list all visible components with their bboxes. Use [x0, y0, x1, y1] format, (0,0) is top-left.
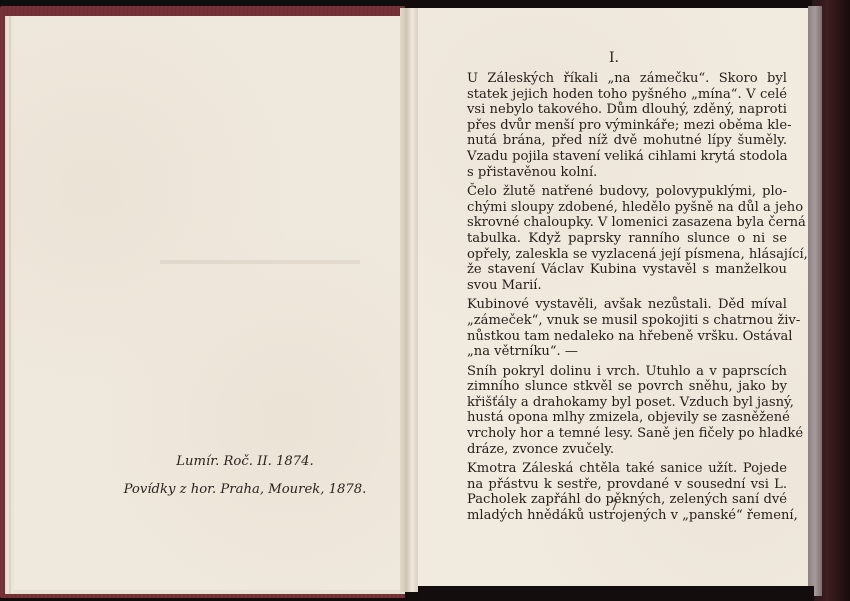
- bottom-shadow: [418, 586, 814, 601]
- text-line: skrovné chaloupky. V lomenici zasazena b…: [453, 215, 787, 231]
- text-line: chými sloupy zdobené, hledělo pyšně na d…: [453, 200, 787, 216]
- paragraph: Sníh pokryl dolinu i vrch. Utuhlo a v pa…: [453, 364, 787, 458]
- show-through-marks: [160, 260, 360, 264]
- text-line: opřely, zaleskla se vyzlacená její písme…: [453, 247, 787, 263]
- paragraph: U Záleských říkali „na zámečku“. Skoro b…: [453, 71, 787, 180]
- text-line: statek jejich hoden toho pyšného „mína“.…: [453, 87, 787, 103]
- text-line: Sníh pokryl dolinu i vrch. Utuhlo a v pa…: [453, 364, 787, 380]
- text-line: svou Marií.: [453, 278, 787, 294]
- text-line: přes dvůr menší pro výminkáře; mezi oběm…: [453, 118, 787, 134]
- text-line: vsi nebylo takového. Dům dlouhý, zděný, …: [453, 102, 787, 118]
- text-line: Kmotra Záleská chtěla také sanice užít. …: [453, 461, 787, 477]
- text-line: nutá brána, před níž dvě mohutné lípy šu…: [453, 133, 787, 149]
- credit-line: Lumír. Roč. II. 1874.: [100, 454, 390, 469]
- text-line: U Záleských říkali „na zámečku“. Skoro b…: [453, 71, 787, 87]
- page-number: 7: [418, 499, 810, 514]
- chapter-heading: I.: [418, 50, 810, 66]
- text-line: na přástvu k sestře, provdané v sousední…: [453, 477, 787, 493]
- text-line: tabulka. Když paprsky ranního slunce o n…: [453, 231, 787, 247]
- text-line: dráze, zvonce zvučely.: [453, 442, 787, 458]
- text-line: nůstkou tam nedaleko na hřebeně vršku. O…: [453, 329, 787, 345]
- text-line: zimního slunce stkvěl se povrch sněhu, j…: [453, 379, 787, 395]
- paragraph: Kubinové vystavěli, avšak nezůstali. Děd…: [453, 297, 787, 359]
- text-line: křišťály a drahokamy byl poset. Vzduch b…: [453, 395, 787, 411]
- text-line: s přistavěnou kolní.: [453, 165, 787, 181]
- publication-credits: Lumír. Roč. II. 1874. Povídky z hor. Pra…: [100, 454, 390, 510]
- paragraph: Čelo žlutě natřené budovy, polovypuklými…: [453, 184, 787, 293]
- text-line: hustá opona mlhy zmizela, objevily se za…: [453, 410, 787, 426]
- text-line: „na větrníku“. —: [453, 344, 787, 360]
- credit-line: Povídky z hor. Praha, Mourek, 1878.: [100, 482, 390, 497]
- text-line: „zámeček“, vnuk se musil spokojiti s cha…: [453, 313, 787, 329]
- paragraph: Kmotra Záleská chtěla také sanice užít. …: [453, 461, 787, 523]
- text-line: Vzadu pojila stavení veliká cihlami kryt…: [453, 149, 787, 165]
- body-text: U Záleských říkali „na zámečku“. Skoro b…: [453, 71, 787, 528]
- open-book: Lumír. Roč. II. 1874. Povídky z hor. Pra…: [0, 0, 850, 601]
- text-line: Čelo žlutě natřené budovy, polovypuklými…: [453, 184, 787, 200]
- page-edges-right: [808, 6, 822, 596]
- text-line: Kubinové vystavěli, avšak nezůstali. Děd…: [453, 297, 787, 313]
- text-line: že stavení Václav Kubina vystavěl s manž…: [453, 262, 787, 278]
- text-line: vrcholy hor a temné lesy. Saně jen fičel…: [453, 426, 787, 442]
